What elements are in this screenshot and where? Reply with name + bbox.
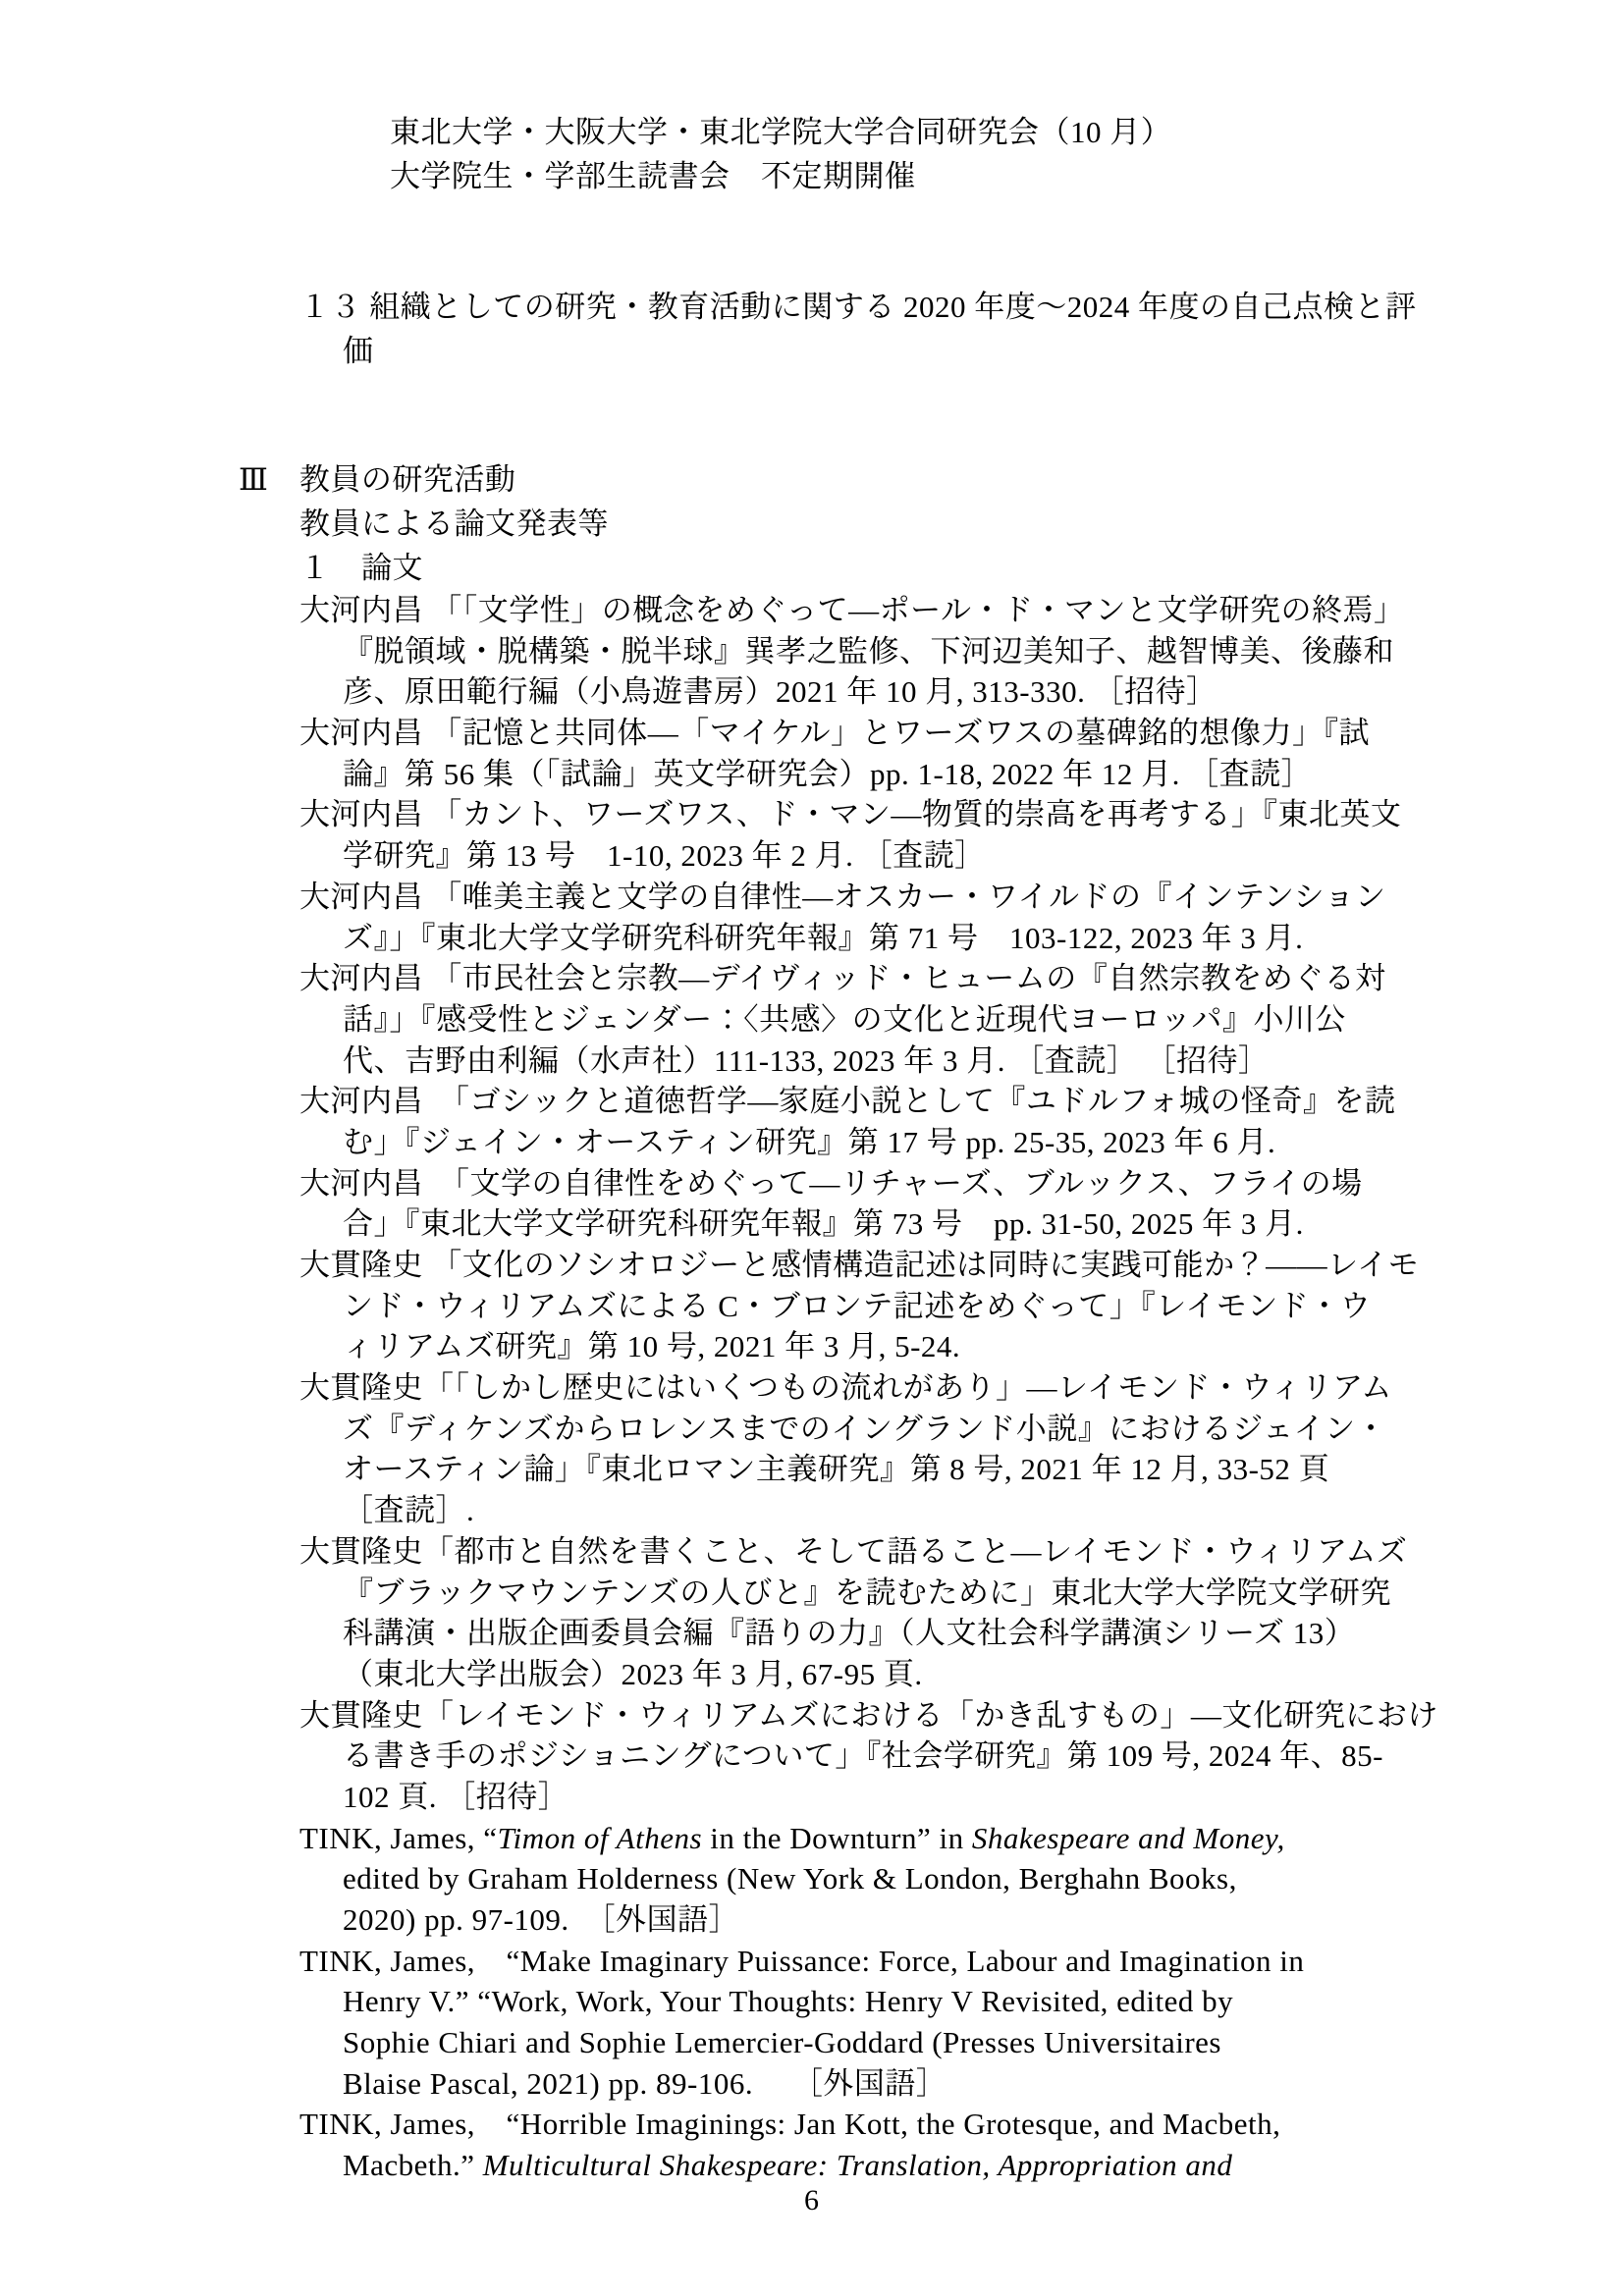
italic-title-text: Multicultural Shakespeare: Translation, … bbox=[483, 2148, 1233, 2182]
text-line: Ⅲ 教員の研究活動 bbox=[0, 457, 1623, 502]
plain-text: in the Downturn” in bbox=[702, 1821, 972, 1855]
italic-title-text: Timon of Athens bbox=[498, 1821, 702, 1855]
text-line: 大河内昌 「カント、ワーズワス、ド・マン―物質的崇高を再考する」『東北英文 bbox=[0, 794, 1623, 835]
plain-text: TINK, James, “ bbox=[299, 1821, 498, 1855]
text-line: 教員による論文発表等 bbox=[0, 502, 1623, 546]
text-line: 大貫隆史「都市と自然を書くこと、そして語ること―レイモンド・ウィリアムズ bbox=[0, 1531, 1623, 1573]
text-line: 大河内昌 「「文学性」の概念をめぐって―ポール・ド・マンと文学研究の終焉」 bbox=[0, 590, 1623, 631]
text-line: TINK, James, “Timon of Athens in the Dow… bbox=[0, 1818, 1623, 1859]
text-line: １３ 組織としての研究・教育活動に関する 2020 年度～2024 年度の自己点… bbox=[0, 285, 1623, 329]
italic-title-text: Shakespeare and Money, bbox=[972, 1821, 1285, 1855]
text-line: 大貫隆史 「文化のソシオロジーと感情構造記述は同時に実践可能か？――レイモ bbox=[0, 1245, 1623, 1286]
text-line: 大学院生・学部生読書会 不定期開催 bbox=[0, 154, 1623, 198]
text-line: 代、吉野由利編（水声社）111-133, 2023 年 3 月. ［査読］ ［招… bbox=[0, 1041, 1623, 1082]
text-line: 大河内昌 「ゴシックと道徳哲学―家庭小説として『ユドルフォ城の怪奇』を読 bbox=[0, 1081, 1623, 1122]
text-line: 大貫隆史「レイモンド・ウィリアムズにおける「かき乱すもの」―文化研究におけ bbox=[0, 1695, 1623, 1736]
section-13-block: １３ 組織としての研究・教育活動に関する 2020 年度～2024 年度の自己点… bbox=[0, 285, 1623, 373]
text-line: 学研究』第 13 号 1-10, 2023 年 2 月. ［査読］ bbox=[0, 835, 1623, 877]
text-line: ［査読］. bbox=[0, 1490, 1623, 1531]
text-line: ンド・ウィリアムズによる C・ブロンテ記述をめぐって」『レイモンド・ウ bbox=[0, 1286, 1623, 1327]
text-line: （東北大学出版会）2023 年 3 月, 67-95 頁. bbox=[0, 1654, 1623, 1695]
text-line: 大河内昌 「文学の自律性をめぐって―リチャーズ、ブルックス、フライの場 bbox=[0, 1163, 1623, 1204]
text-line: 『脱領域・脱構築・脱半球』巽孝之監修、下河辺美知子、越智博美、後藤和 bbox=[0, 631, 1623, 672]
text-line: ズ『ディケンズからロレンスまでのイングランド小説』におけるジェイン・ bbox=[0, 1409, 1623, 1450]
section-3-heading-block: Ⅲ 教員の研究活動教員による論文発表等１ 論文 bbox=[0, 457, 1623, 590]
text-line: Sophie Chiari and Sophie Lemercier-Godda… bbox=[0, 2022, 1623, 2063]
text-line: オースティン論」『東北ロマン主義研究』第 8 号, 2021 年 12 月, 3… bbox=[0, 1449, 1623, 1490]
text-line: 大河内昌 「唯美主義と文学の自律性―オスカー・ワイルドの『インテンション bbox=[0, 877, 1623, 918]
text-line: 大河内昌 「記憶と共同体―「マイケル」とワーズワスの墓碑銘的想像力」『試 bbox=[0, 713, 1623, 754]
text-line: Henry V.” “Work, Work, Your Thoughts: He… bbox=[0, 1981, 1623, 2022]
text-line: ィリアムズ研究』第 10 号, 2021 年 3 月, 5-24. bbox=[0, 1326, 1623, 1367]
text-line: 価 bbox=[0, 329, 1623, 373]
text-line: TINK, James, “Horrible Imaginings: Jan K… bbox=[0, 2104, 1623, 2145]
plain-text: Macbeth.” bbox=[343, 2148, 483, 2182]
text-line: edited by Graham Holderness (New York & … bbox=[0, 1858, 1623, 1899]
text-line: １ 論文 bbox=[0, 546, 1623, 590]
text-line: TINK, James, “Make Imaginary Puissance: … bbox=[0, 1941, 1623, 1982]
text-line: む」『ジェイン・オースティン研究』第 17 号 pp. 25-35, 2023 … bbox=[0, 1122, 1623, 1163]
header-note-block: 東北大学・大阪大学・東北学院大学合同研究会（10 月）大学院生・学部生読書会 不… bbox=[0, 110, 1623, 198]
bibliography-block: 大河内昌 「「文学性」の概念をめぐって―ポール・ド・マンと文学研究の終焉」『脱領… bbox=[0, 590, 1623, 2186]
text-line: 論』第 56 集（「試論」英文学研究会）pp. 1-18, 2022 年 12 … bbox=[0, 754, 1623, 795]
text-line: 102 頁. ［招待］ bbox=[0, 1777, 1623, 1818]
text-line: Blaise Pascal, 2021) pp. 89-106. ［外国語］ bbox=[0, 2063, 1623, 2105]
page-number: 6 bbox=[0, 2181, 1623, 2220]
document-page: 東北大学・大阪大学・東北学院大学合同研究会（10 月）大学院生・学部生読書会 不… bbox=[0, 0, 1623, 2296]
text-line: Macbeth.” Multicultural Shakespeare: Tra… bbox=[0, 2145, 1623, 2186]
text-line: 科講演・出版企画委員会編『語りの力』（人文社会科学講演シリーズ 13） bbox=[0, 1613, 1623, 1654]
text-line: 東北大学・大阪大学・東北学院大学合同研究会（10 月） bbox=[0, 110, 1623, 154]
text-line: 彦、原田範行編（小鳥遊書房）2021 年 10 月, 313-330. ［招待］ bbox=[0, 671, 1623, 713]
text-line: 大貫隆史「「しかし歴史にはいくつもの流れがあり」―レイモンド・ウィリアム bbox=[0, 1367, 1623, 1409]
text-line: 話』」『感受性とジェンダー：〈共感〉の文化と近現代ヨーロッパ』小川公 bbox=[0, 999, 1623, 1041]
text-line: 大河内昌 「市民社会と宗教―デイヴィッド・ヒュームの『自然宗教をめぐる対 bbox=[0, 958, 1623, 999]
text-line: ズ』」『東北大学文学研究科研究年報』第 71 号 103-122, 2023 年… bbox=[0, 918, 1623, 959]
text-line: 合」『東北大学文学研究科研究年報』第 73 号 pp. 31-50, 2025 … bbox=[0, 1203, 1623, 1245]
text-line: 『ブラックマウンテンズの人びと』を読むために」東北大学大学院文学研究 bbox=[0, 1573, 1623, 1614]
text-line: 2020) pp. 97-109. ［外国語］ bbox=[0, 1899, 1623, 1941]
text-line: る書き手のポジショニングについて」『社会学研究』第 109 号, 2024 年、… bbox=[0, 1735, 1623, 1777]
